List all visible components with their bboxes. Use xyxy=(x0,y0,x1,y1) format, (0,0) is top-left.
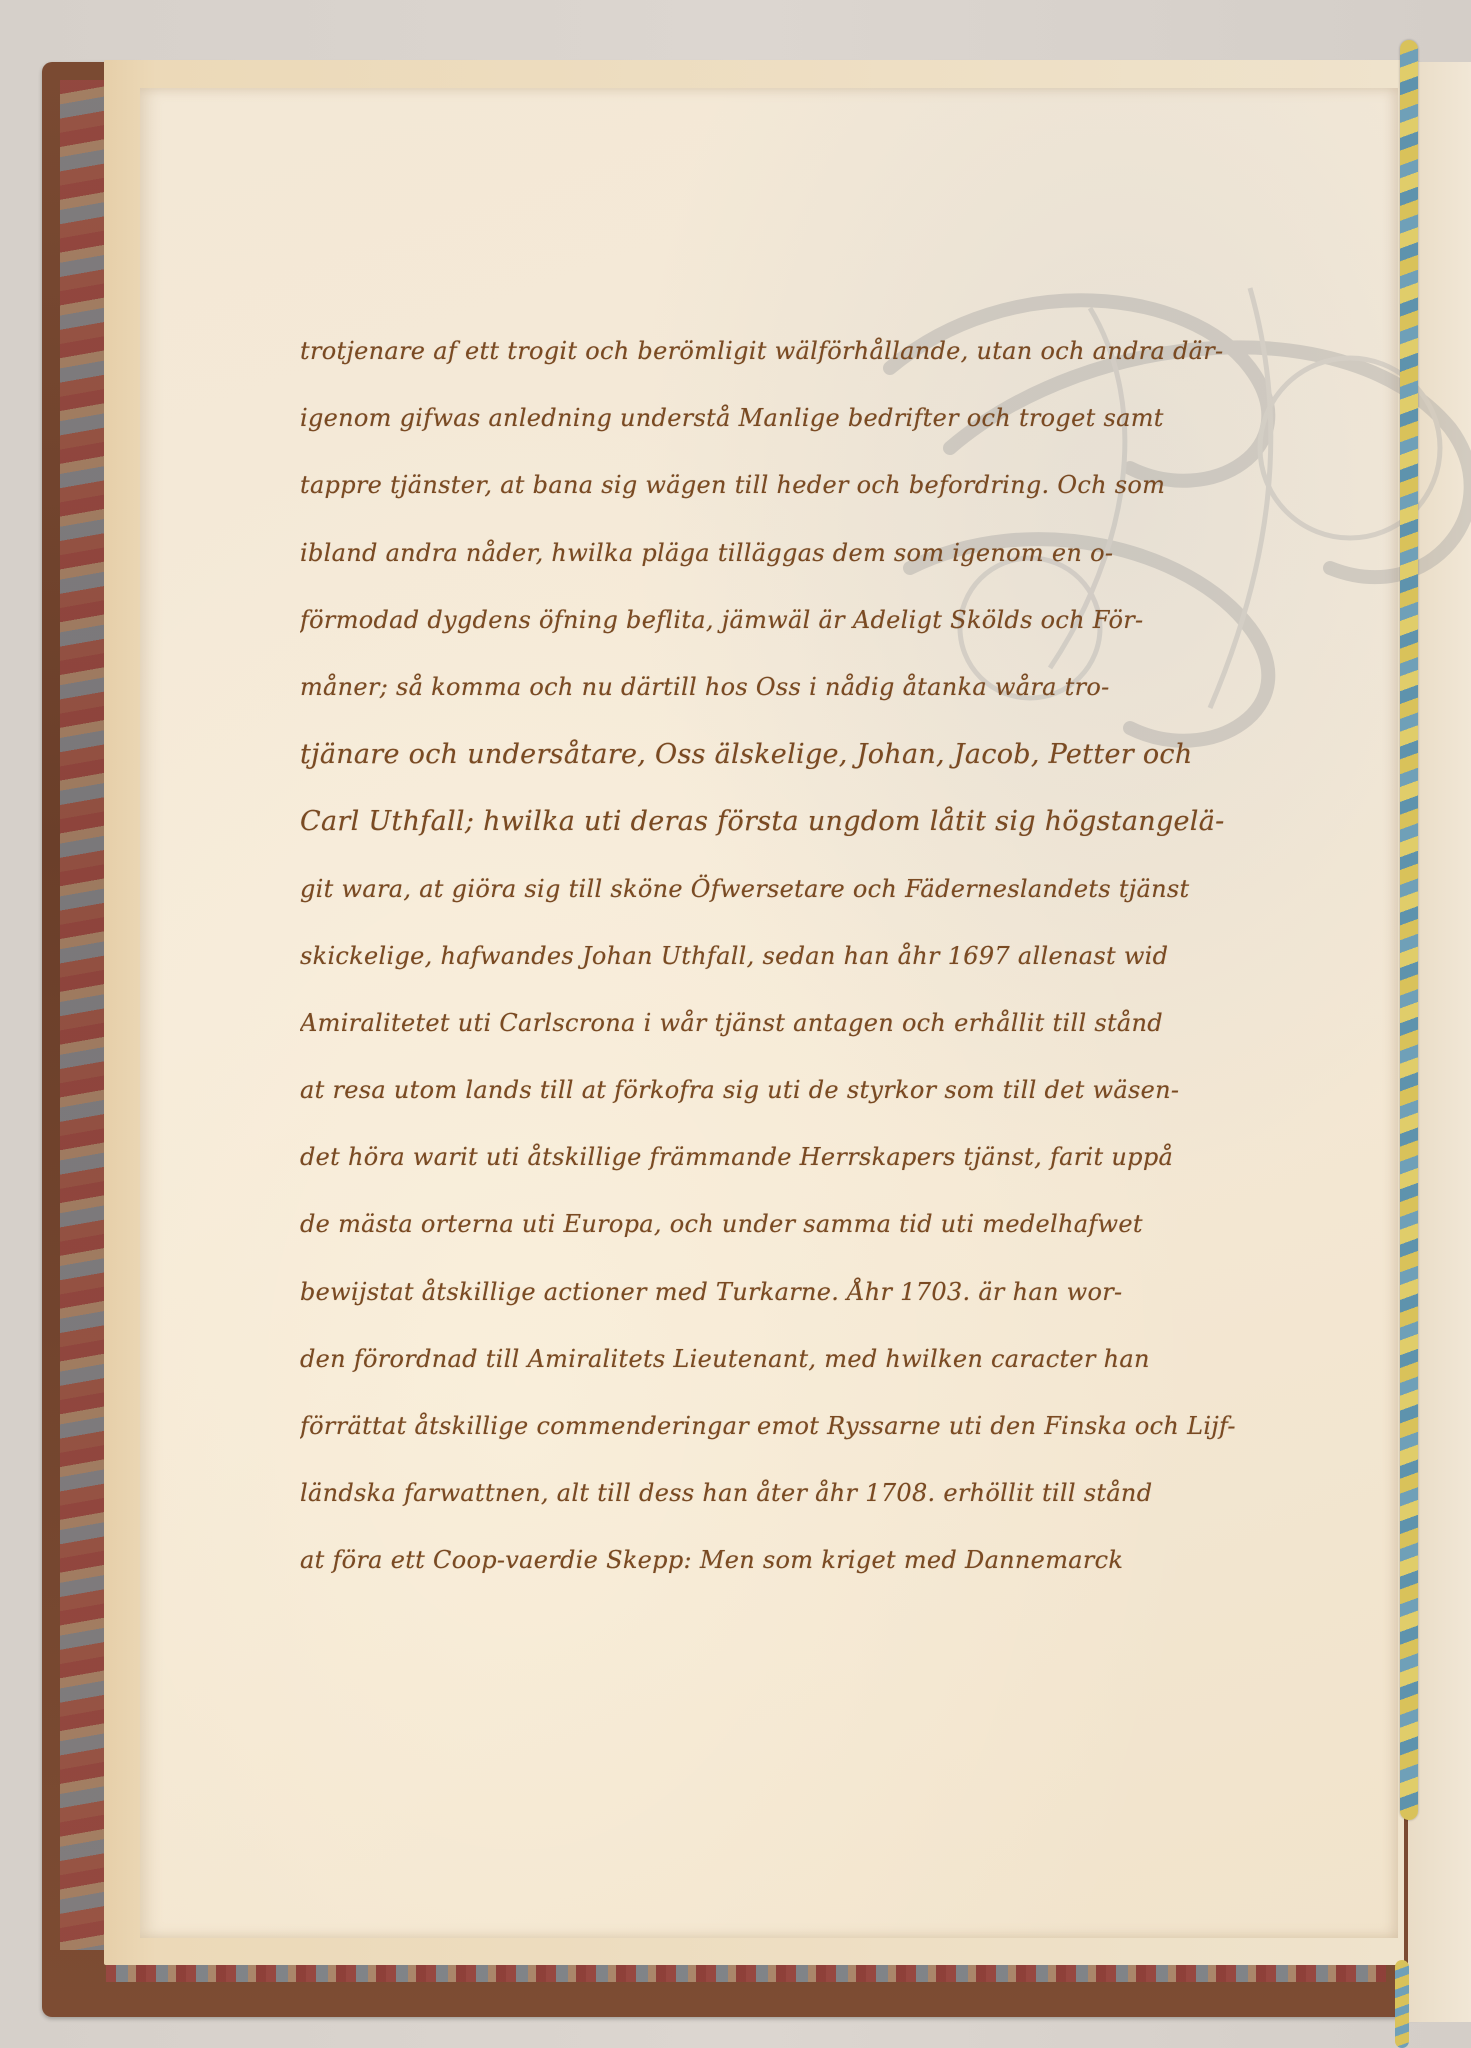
manuscript-line: Amiralitetet uti Carlscrona i wår tjänst… xyxy=(300,990,1290,1057)
manuscript-line: Carl Uthfall; hwilka uti deras första un… xyxy=(300,788,1290,855)
binding-cord-tail xyxy=(1395,1960,1409,2048)
manuscript-line: förmodad dygdens öfning beflita, jämwäl … xyxy=(300,587,1290,654)
manuscript-line: at resa utom lands till at förkofra sig … xyxy=(300,1057,1290,1124)
manuscript-line: skickelige, hafwandes Johan Uthfall, sed… xyxy=(300,923,1290,990)
manuscript-line: tjänare och undersåtare, Oss älskelige, … xyxy=(300,721,1290,788)
manuscript-line: ibland andra nåder, hwilka pläga tillägg… xyxy=(300,520,1290,587)
manuscript-line: at föra ett Coop-vaerdie Skepp: Men som … xyxy=(300,1527,1290,1594)
manuscript-line: tappre tjänster, at bana sig wägen till … xyxy=(300,452,1290,519)
manuscript-line: ländska farwattnen, alt till dess han åt… xyxy=(300,1460,1290,1527)
manuscript-text: trotjenare af ett trogit och berömligit … xyxy=(300,318,1290,1595)
marbled-endpaper-left xyxy=(60,80,107,1950)
manuscript-line: de mästa orterna uti Europa, och under s… xyxy=(300,1191,1290,1258)
manuscript-line: trotjenare af ett trogit och berömligit … xyxy=(300,318,1290,385)
manuscript-line: bewijstat åtskillige actioner med Turkar… xyxy=(300,1259,1290,1326)
manuscript-line: git wara, at giöra sig till sköne Öfwers… xyxy=(300,856,1290,923)
binding-cord xyxy=(1400,40,1418,1820)
manuscript-line: förrättat åtskillige commenderingar emot… xyxy=(300,1393,1290,1460)
manuscript-line: igenom gifwas anledning understå Manlige… xyxy=(300,385,1290,452)
manuscript-line: det höra warit uti åtskillige främmande … xyxy=(300,1124,1290,1191)
manuscript-line: måner; så komma och nu därtill hos Oss i… xyxy=(300,654,1290,721)
manuscript-line: den förordnad till Amiralitets Lieutenan… xyxy=(300,1326,1290,1393)
